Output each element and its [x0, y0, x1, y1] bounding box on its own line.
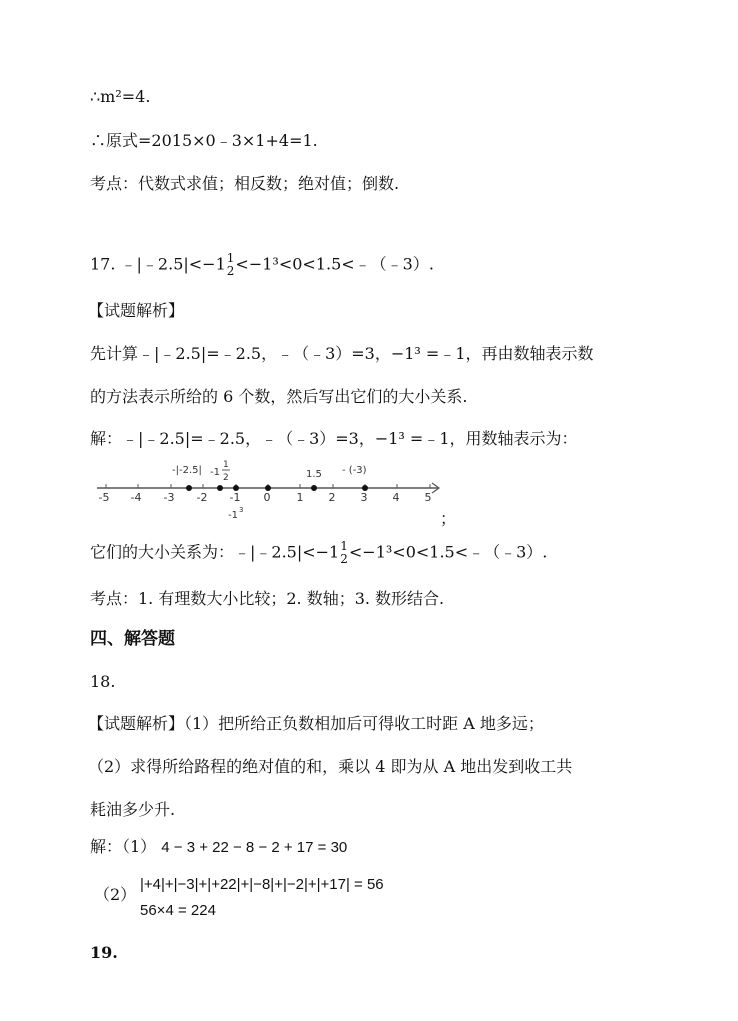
solution-label: 解：（1）	[90, 837, 156, 856]
denominator: 2	[340, 553, 348, 566]
svg-text:-3: -3	[164, 491, 175, 504]
svg-text:5: 5	[425, 491, 432, 504]
svg-text:1.5: 1.5	[306, 469, 322, 480]
svg-text:2: 2	[223, 473, 229, 483]
math-expression: 4 − 3 + 22 − 8 − 2 + 17 = 30	[161, 839, 347, 856]
svg-text:1: 1	[297, 491, 304, 504]
text-line: 解：﹣|﹣2.5|=﹣2.5，﹣（﹣3）=3，−1³ =﹣1，用数轴表示为：	[90, 428, 578, 450]
math-expression: |+4|+|−3|+|+22|+|−8|+|−2|+|+17| = 56	[140, 874, 384, 896]
svg-text:-5: -5	[99, 491, 110, 504]
svg-text:1: 1	[223, 460, 229, 470]
svg-text:3: 3	[361, 491, 368, 504]
svg-text:-1: -1	[210, 467, 220, 478]
relation-prefix: 它们的大小关系为：﹣|﹣2.5|<−1	[90, 543, 339, 562]
text-line: 【试题解析】（1）把所给正负数相加后可得收工时距 A 地多远；	[88, 713, 544, 735]
text-line: ∴m²=4.	[90, 86, 150, 108]
relation-line: 它们的大小关系为：﹣|﹣2.5|<−112<−1³<0<1.5<﹣（﹣3）.	[90, 540, 547, 566]
denominator: 2	[227, 265, 235, 278]
text-line: 考点：1. 有理数大小比较；2. 数轴；3. 数形结合.	[90, 588, 444, 610]
text-line: 先计算﹣|﹣2.5|=﹣2.5，﹣（﹣3）=3，−1³ =﹣1，再由数轴表示数	[90, 343, 594, 365]
svg-text:3: 3	[239, 506, 243, 514]
answer-suffix: <−1³<0<1.5<﹣（﹣3）.	[235, 255, 434, 274]
svg-text:-4: -4	[131, 491, 142, 504]
analysis-heading: 【试题解析】	[88, 300, 184, 322]
question-number: 19.	[90, 942, 118, 964]
solution-part-2-label: （2）	[94, 884, 136, 906]
fraction: 12	[340, 540, 348, 566]
section-heading: 四、解答题	[90, 628, 175, 650]
svg-text:-2: -2	[197, 491, 208, 504]
semicolon: ；	[440, 508, 456, 530]
math-expression: 56×4 = 224	[140, 900, 216, 922]
svg-text:-|-2.5|: -|-2.5|	[172, 465, 202, 476]
svg-text:2: 2	[329, 491, 336, 504]
fraction: 12	[227, 252, 235, 278]
svg-text:-1: -1	[230, 491, 241, 504]
svg-text:-1: -1	[228, 510, 238, 521]
question-number: 18.	[90, 671, 115, 693]
svg-text:4: 4	[393, 491, 400, 504]
relation-suffix: <−1³<0<1.5<﹣（﹣3）.	[349, 543, 548, 562]
number-line-figure: -5 -4 -3 -2 -1 0 1 2 3 4 5 -|-2.5| -1 1 …	[92, 452, 452, 527]
svg-text:0: 0	[264, 491, 271, 504]
text-line: 考点：代数式求值；相反数；绝对值；倒数.	[90, 173, 399, 195]
answer-prefix: 17. ﹣|﹣2.5|<−1	[90, 255, 226, 274]
text-line: 的方法表示所给的 6 个数，然后写出它们的大小关系.	[90, 386, 467, 408]
text-line: （2）求得所给路程的绝对值的和，乘以 4 即为从 A 地出发到收工共	[88, 756, 572, 778]
question-17-answer: 17. ﹣|﹣2.5|<−112<−1³<0<1.5<﹣（﹣3）.	[90, 252, 434, 278]
text-line: 耗油多少升.	[90, 799, 175, 821]
svg-text:- (-3): - (-3)	[342, 465, 367, 476]
solution-part-1: 解：（1） 4 − 3 + 22 − 8 − 2 + 17 = 30	[90, 836, 347, 859]
text-line: ∴原式=2015×0﹣3×1+4=1.	[90, 130, 318, 152]
